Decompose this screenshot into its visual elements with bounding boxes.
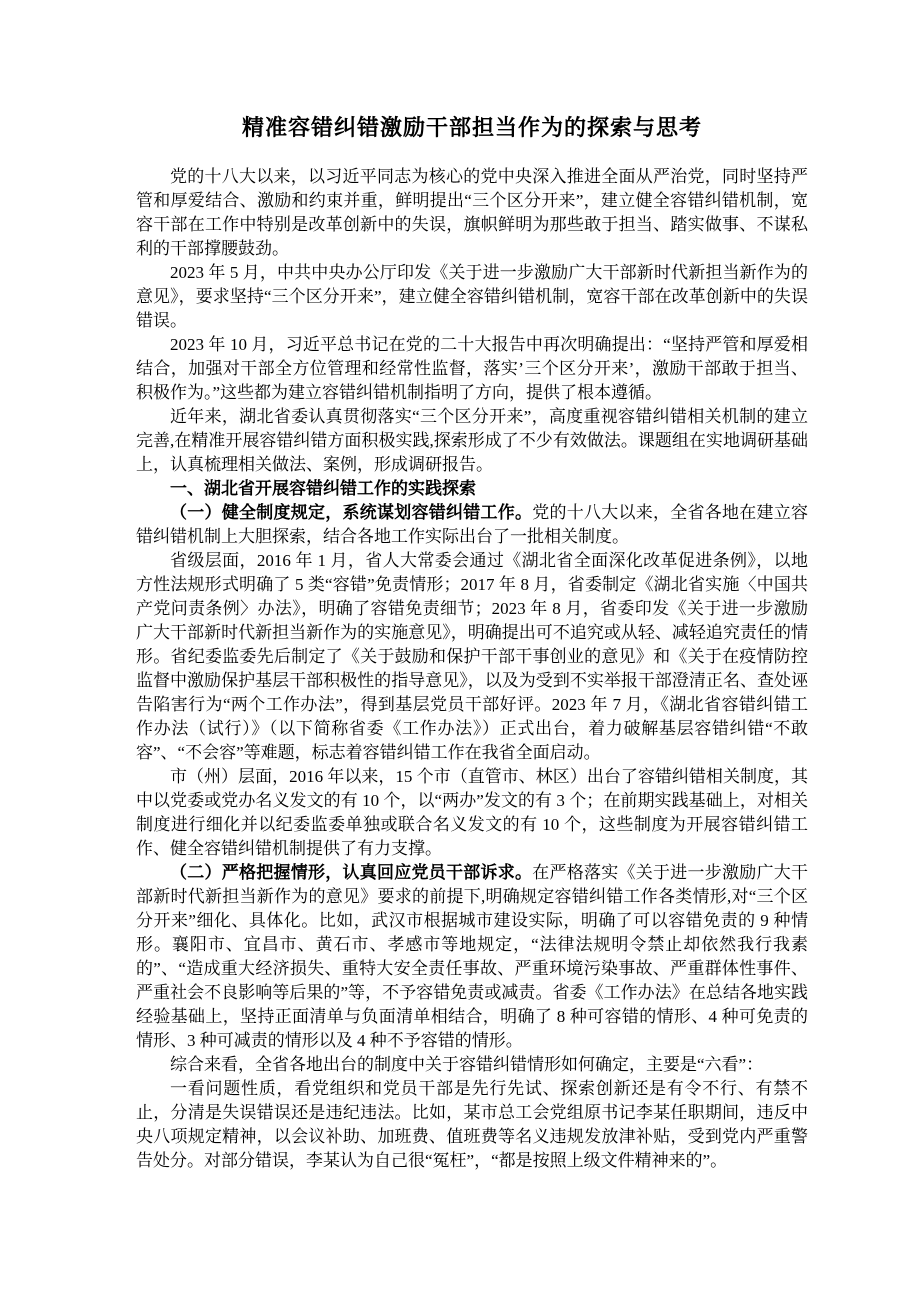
document-body: 党的十八大以来，以习近平同志为核心的党中央深入推进全面从严治党，同时坚持严管和厚… xyxy=(136,165,808,1173)
paragraph: 市（州）层面，2016 年以来，15 个市（直管市、林区）出台了容错纠错相关制度… xyxy=(136,765,808,861)
paragraph-lead: （二）严格把握情形，认真回应党员干部诉求。 xyxy=(170,863,532,882)
paragraph: 2023 年 10 月，习近平总书记在党的二十大报告中再次明确提出：“坚持严管和… xyxy=(136,333,808,405)
paragraph-lead: （一）健全制度规定，系统谋划容错纠错工作。 xyxy=(170,503,532,522)
document-page: 精准容错纠错激励干部担当作为的探索与思考 党的十八大以来，以习近平同志为核心的党… xyxy=(0,0,920,1301)
paragraph: 2023 年 5 月，中共中央办公厅印发《关于进一步激励广大干部新时代新担当新作… xyxy=(136,261,808,333)
paragraph: 综合来看，全省各地出台的制度中关于容错纠错情形如何确定，主要是“六看”： xyxy=(136,1053,808,1077)
document-title: 精准容错纠错激励干部担当作为的探索与思考 xyxy=(136,112,808,144)
paragraph: （一）健全制度规定，系统谋划容错纠错工作。党的十八大以来，全省各地在建立容错纠错… xyxy=(136,501,808,549)
paragraph: 党的十八大以来，以习近平同志为核心的党中央深入推进全面从严治党，同时坚持严管和厚… xyxy=(136,165,808,261)
paragraph: 近年来，湖北省委认真贯彻落实“三个区分开来”，高度重视容错纠错相关机制的建立完善… xyxy=(136,405,808,477)
paragraph: 省级层面，2016 年 1 月，省人大常委会通过《湖北省全面深化改革促进条例》，… xyxy=(136,549,808,765)
paragraph: 一看问题性质，看党组织和党员干部是先行先试、探索创新还是有令不行、有禁不止，分清… xyxy=(136,1077,808,1173)
paragraph: （二）严格把握情形，认真回应党员干部诉求。在严格落实《关于进一步激励广大干部新时… xyxy=(136,861,808,1053)
section-heading: 一、湖北省开展容错纠错工作的实践探索 xyxy=(136,477,808,501)
